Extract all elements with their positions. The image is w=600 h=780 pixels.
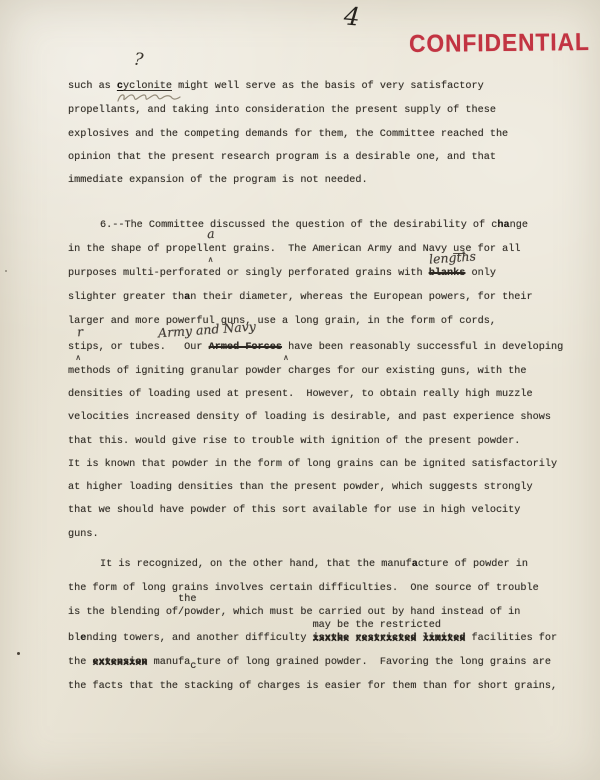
ink-speck: [17, 652, 20, 655]
typed-line: 6.--The Committee discussed the question…: [100, 219, 528, 232]
typed-line: explosives and the competing demands for…: [68, 128, 508, 141]
typed-line: opinion that the present research progra…: [68, 151, 496, 164]
typed-line: the facts that the stacking of charges i…: [68, 680, 557, 693]
typed-line: that we should have powder of this sort …: [68, 504, 520, 517]
typed-line: purposes multi-perforated or singly perf…: [68, 267, 496, 280]
overstruck-text: ha: [497, 220, 509, 231]
typed-line: It is recognized, on the other hand, tha…: [100, 558, 528, 571]
caret-mark: ∧: [208, 253, 214, 266]
typed-line: the extension manufacture of long graine…: [68, 656, 551, 669]
x-ed-out-text: restricted: [355, 633, 416, 644]
struck-text: blanks: [429, 268, 466, 279]
handwritten-insertion: r: [77, 325, 84, 338]
handwritten-question-mark: ?: [133, 50, 144, 71]
x-ed-out-text: extension: [92, 657, 147, 668]
confidential-stamp: CONFIDENTIAL: [409, 29, 590, 59]
page-number: 4: [343, 1, 361, 31]
typed-line: guns.: [68, 528, 99, 541]
typed-line: at higher loading densities than the pre…: [68, 481, 533, 494]
handwritten-insertion: a: [206, 227, 214, 240]
typed-line: velocities increased density of loading …: [68, 411, 551, 424]
typed-line: slighter greater than their diameter, wh…: [68, 291, 533, 304]
typed-line: propellants, and taking into considerati…: [68, 104, 496, 117]
handwritten-insertion: lengths: [428, 249, 476, 265]
typed-line: such as cyclonite might well serve as th…: [68, 80, 484, 93]
typed-line: densities of loading used at present. Ho…: [68, 388, 533, 401]
typed-line: larger and more powerful guns, use a lon…: [68, 315, 496, 328]
typed-insertion: may be the restricted: [313, 619, 441, 632]
caret-mark: ∧: [283, 351, 289, 364]
typed-line: methods of igniting granular powder char…: [68, 365, 527, 378]
ink-speck: [5, 270, 7, 272]
typed-insertion: the: [178, 593, 196, 606]
typed-line: the form of long grains involves certain…: [68, 582, 539, 595]
typed-line: str∧ips, or tubes. Army and NavyOur Arme…: [68, 341, 563, 354]
x-ed-out-text: isxthe: [313, 633, 350, 644]
typed-line: It is known that powder in the form of l…: [68, 458, 557, 471]
typed-line: immediate expansion of the program is no…: [68, 174, 368, 187]
x-ed-out-text: limited: [423, 633, 466, 644]
struck-text: Armed Forces: [209, 342, 282, 353]
document-page: 4 CONFIDENTIAL ? such as cyclonite might…: [0, 0, 600, 780]
caret-mark: ∧: [75, 351, 81, 364]
typed-line: is the blending of/thepowder, which must…: [68, 606, 520, 619]
typed-line: blending towers, and another difficulty …: [68, 632, 557, 645]
typed-line: that this. would give rise to trouble wi…: [68, 435, 520, 448]
